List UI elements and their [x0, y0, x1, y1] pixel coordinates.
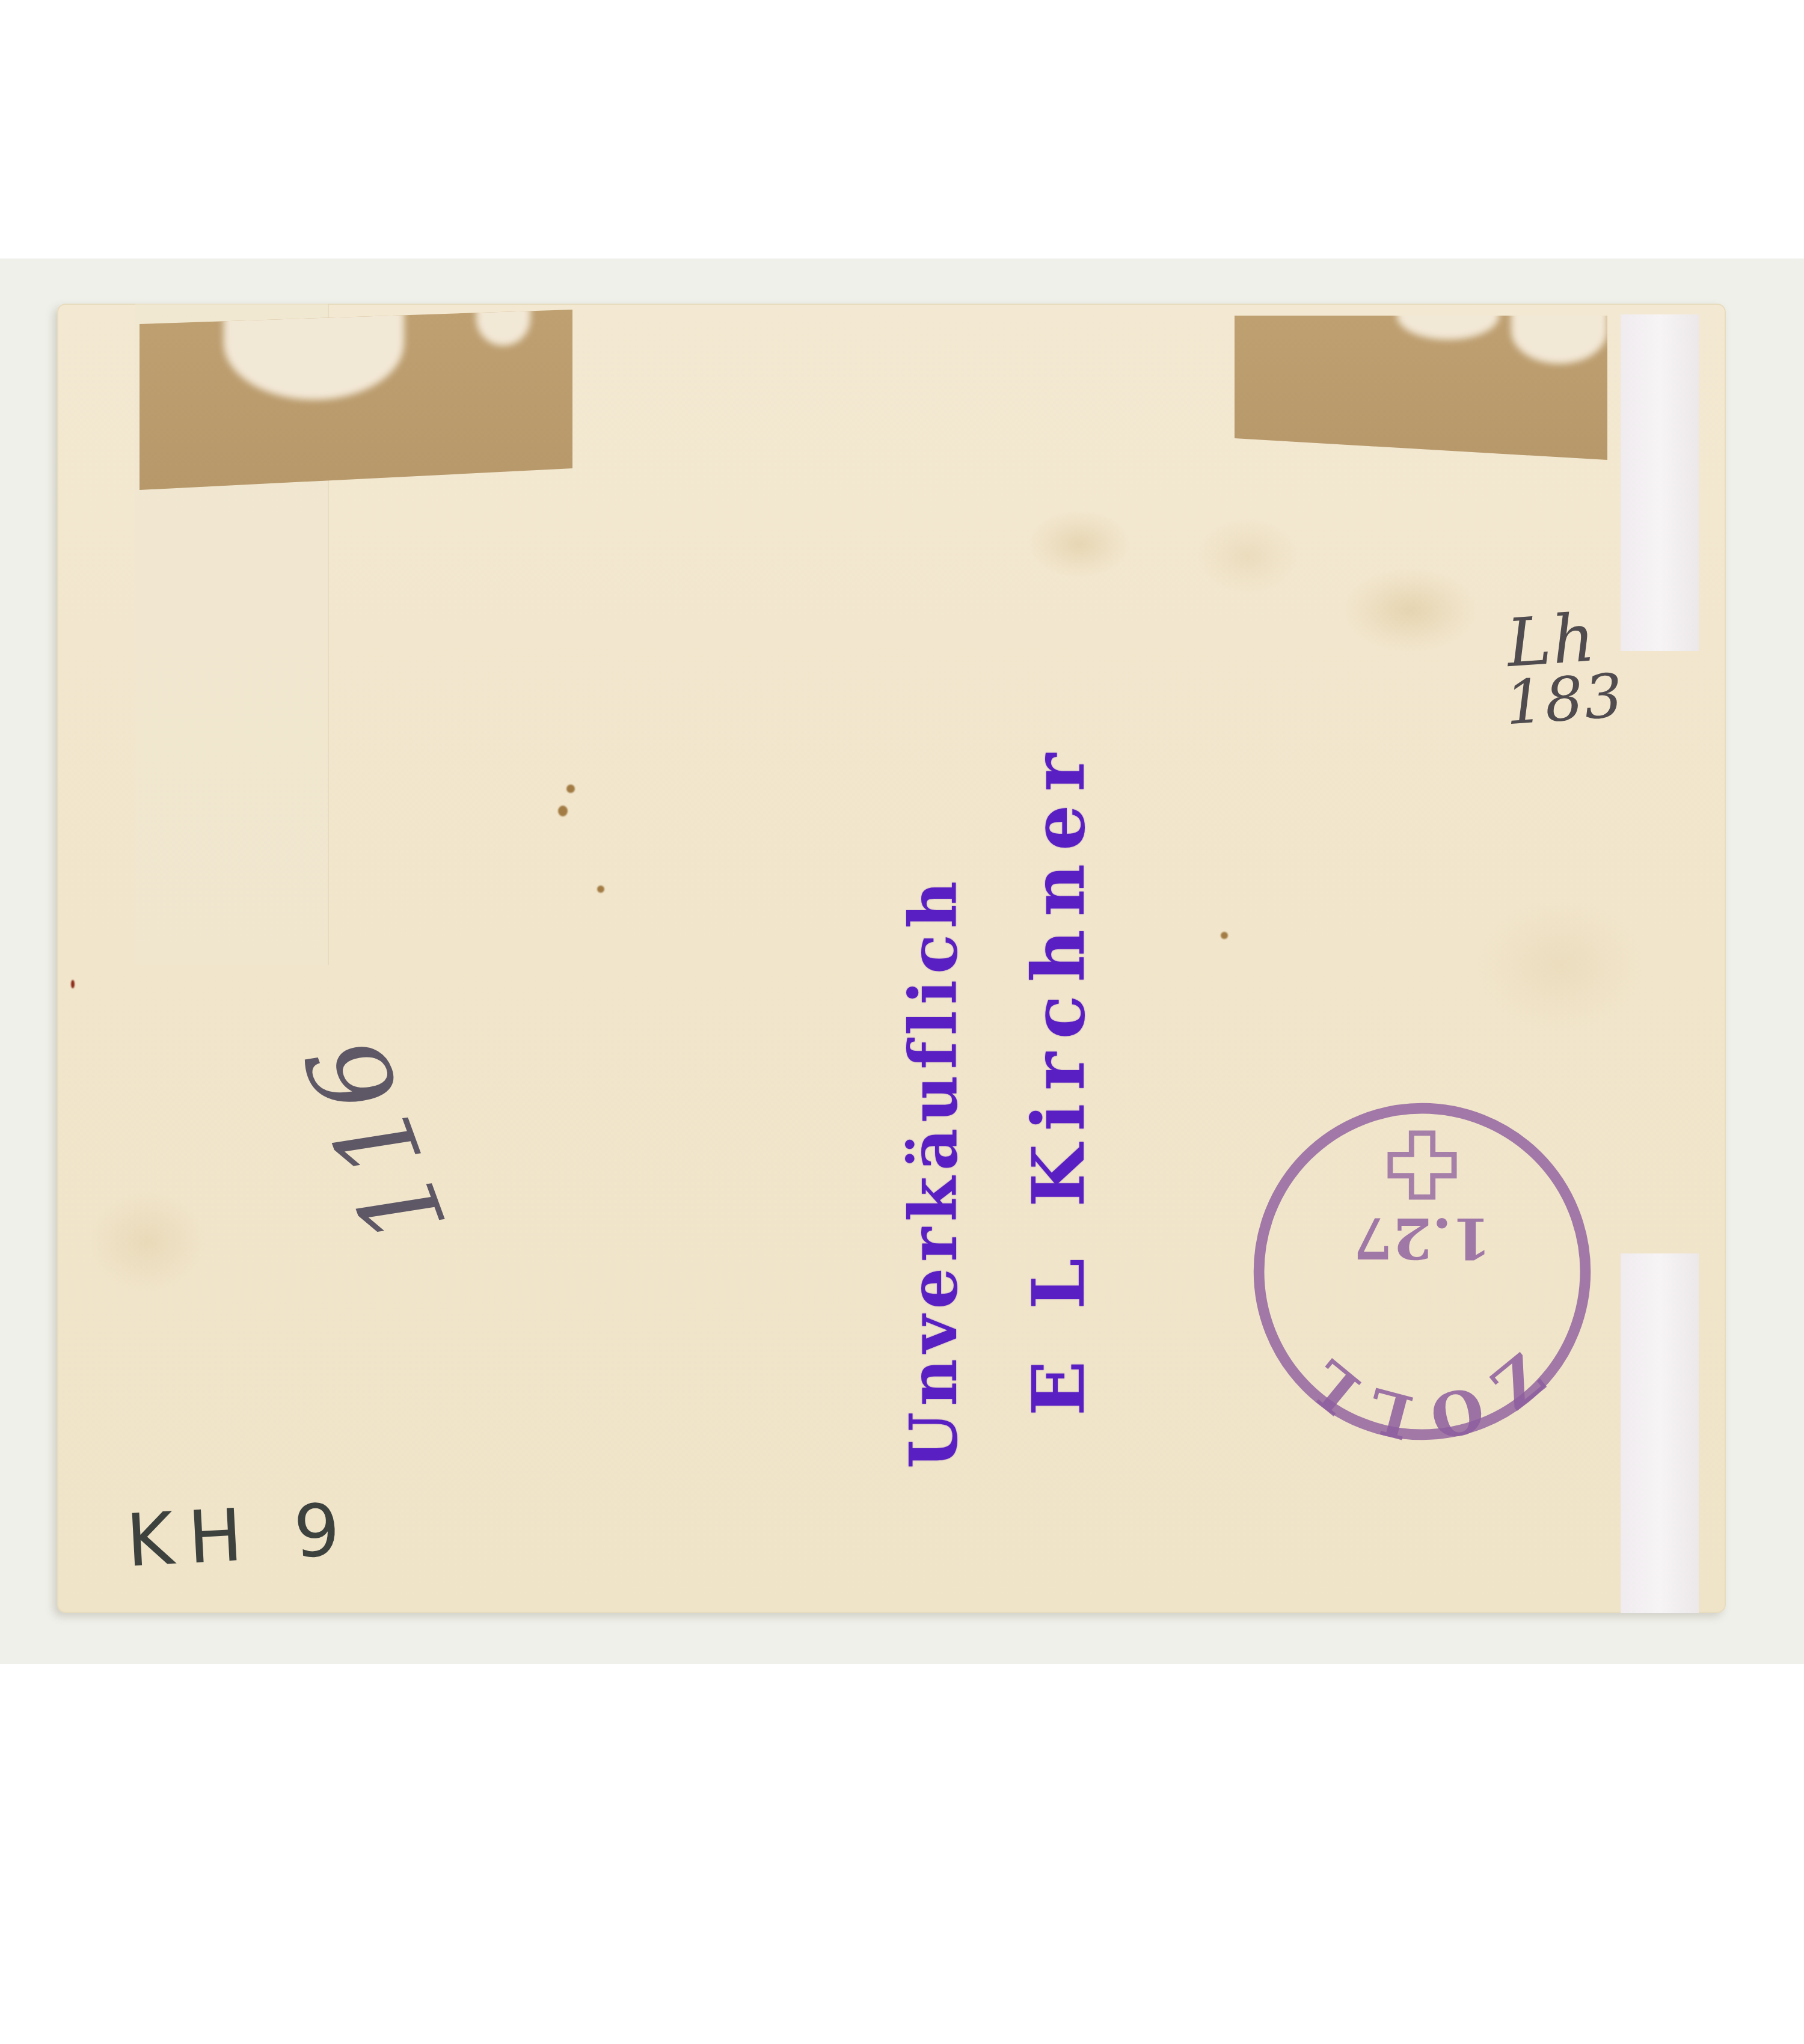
- ink-inscription-kh9: KH 9: [124, 1488, 357, 1583]
- hinge-tape-right: [1235, 316, 1607, 460]
- foxing-spot: [597, 886, 604, 893]
- foxing-spot: [558, 806, 568, 816]
- customs-postmark: ZOLL 1.27: [1245, 1094, 1600, 1449]
- repair-tape-top-right: [1621, 314, 1699, 651]
- hinge-tape-left: [140, 310, 572, 490]
- stamp-kirchner: E L Kirchner: [1016, 740, 1101, 1416]
- swiss-cross-icon: [1390, 1133, 1454, 1197]
- stamp-unverkauflich: Unverkäuflich: [896, 875, 972, 1469]
- red-mark: [71, 980, 75, 988]
- foxing-spot: [566, 785, 575, 793]
- customs-date: 1.27: [1353, 1205, 1491, 1271]
- repair-tape-bottom-right: [1621, 1253, 1699, 1613]
- pencil-inscription-lh: Lh 183: [1481, 605, 1625, 735]
- inscription-lh-number: 183: [1503, 666, 1625, 733]
- foxing-spot: [1221, 932, 1228, 939]
- artwork-verso-card: Lh 183 116 KH 9 Unverkäuflich E L Kirchn…: [57, 304, 1726, 1613]
- pencil-inscription-116: 116: [292, 1048, 471, 1260]
